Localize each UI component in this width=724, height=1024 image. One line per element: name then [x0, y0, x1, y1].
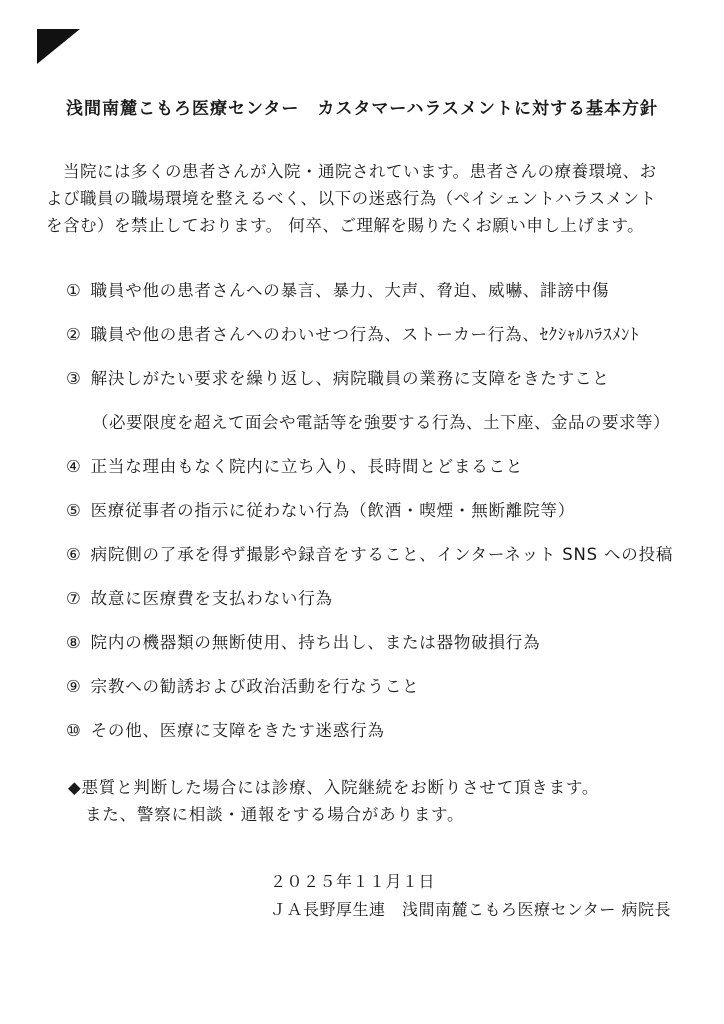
diamond-bullet-icon: ◆	[68, 774, 82, 801]
list-item: ⑧ 院内の機器類の無断使用、持ち出し、または器物破損行為	[66, 633, 724, 652]
item-text: 病院側の了承を得ず撮影や録音をすること、インターネット SNS への投稿	[91, 545, 674, 564]
warning-note: ◆悪質と判断した場合には診療、入院継続をお断りさせて頂きます。 また、警察に相談…	[68, 774, 684, 828]
item-number: ⑥	[66, 545, 82, 564]
issue-date: ２０２５年１１月１日	[270, 868, 724, 896]
list-item: ⑥ 病院側の了承を得ず撮影や録音をすること、インターネット SNS への投稿	[66, 545, 724, 564]
list-item: ⑤ 医療従事者の指示に従わない行為（飲酒・喫煙・無断離院等）	[66, 501, 724, 520]
page-title: 浅間南麓こもろ医療センター カスタマーハラスメントに対する基本方針	[0, 96, 724, 122]
item-text: 宗教への勧誘および政治活動を行なうこと	[91, 677, 420, 696]
item-number: ⑦	[66, 589, 82, 608]
item-text: 医療従事者の指示に従わない行為（飲酒・喫煙・無断離院等）	[91, 501, 575, 520]
list-item: ⑩ その他、医療に支障をきたす迷惑行為	[66, 721, 724, 740]
prohibited-acts-list: ① 職員や他の患者さんへの暴言、暴力、大声、脅迫、威嚇、誹謗中傷 ② 職員や他の…	[66, 281, 724, 740]
list-item: ⑦ 故意に医療費を支払わない行為	[66, 589, 724, 608]
list-item: ④ 正当な理由もなく院内に立ち入り、長時間とどまること	[66, 457, 724, 476]
warning-text-1: 悪質と判断した場合には診療、入院継続をお断りさせて頂きます。	[82, 774, 600, 801]
item-number: ⑧	[66, 633, 82, 652]
item-number: ⑤	[66, 501, 82, 520]
list-item: ② 職員や他の患者さんへのわいせつ行為、ストーカー行為、ｾｸｼｬﾙﾊﾗｽﾒﾝﾄ	[66, 325, 724, 344]
item-number: ②	[66, 325, 82, 344]
intro-paragraph: 当院には多くの患者さんが入院・通院されています。患者さんの療養環境、お よび職員…	[46, 158, 684, 239]
item-text: 職員や他の患者さんへの暴言、暴力、大声、脅迫、威嚇、誹謗中傷	[91, 281, 610, 300]
item-text: その他、医療に支障をきたす迷惑行為	[91, 721, 385, 740]
intro-line: 当院には多くの患者さんが入院・通院されています。患者さんの療養環境、お	[46, 158, 684, 185]
item-number: ③	[66, 369, 82, 388]
item-text: 職員や他の患者さんへのわいせつ行為、ストーカー行為、ｾｸｼｬﾙﾊﾗｽﾒﾝﾄ	[91, 325, 640, 344]
item-text: 正当な理由もなく院内に立ち入り、長時間とどまること	[91, 457, 524, 476]
document-page: 浅間南麓こもろ医療センター カスタマーハラスメントに対する基本方針 当院には多く…	[0, 0, 724, 1024]
item-text: 故意に医療費を支払わない行為	[91, 589, 333, 608]
item-number: ④	[66, 457, 82, 476]
item-number: ⑨	[66, 677, 82, 696]
item-note: （必要限度を超えて面会や電話等を強要する行為、土下座、金品の要求等）	[92, 413, 724, 432]
item-number: ①	[66, 281, 82, 300]
signature-block: ２０２５年１１月１日 ＪＡ長野厚生連 浅間南麓こもろ医療センター 病院長	[270, 868, 724, 923]
scan-artifact-triangle	[37, 29, 81, 65]
list-item: ⑨ 宗教への勧誘および政治活動を行なうこと	[66, 677, 724, 696]
issuer-signature: ＪＡ長野厚生連 浅間南麓こもろ医療センター 病院長	[270, 896, 724, 924]
item-text: 院内の機器類の無断使用、持ち出し、または器物破損行為	[91, 633, 541, 652]
intro-line: を含む）を禁止しております。 何卒、ご理解を賜りたくお願い申し上げます。	[46, 212, 684, 239]
item-text: 解決しがたい要求を繰り返し、病院職員の業務に支障をきたすこと	[91, 369, 610, 388]
intro-line: よび職員の職場環境を整えるべく、以下の迷惑行為（ペイシェントハラスメント	[46, 185, 684, 212]
warning-text-2: また、警察に相談・通報をする場合があります。	[85, 801, 684, 828]
list-item: ③ 解決しがたい要求を繰り返し、病院職員の業務に支障をきたすこと （必要限度を超…	[66, 369, 724, 432]
item-number: ⑩	[66, 721, 82, 740]
list-item: ① 職員や他の患者さんへの暴言、暴力、大声、脅迫、威嚇、誹謗中傷	[66, 281, 724, 300]
